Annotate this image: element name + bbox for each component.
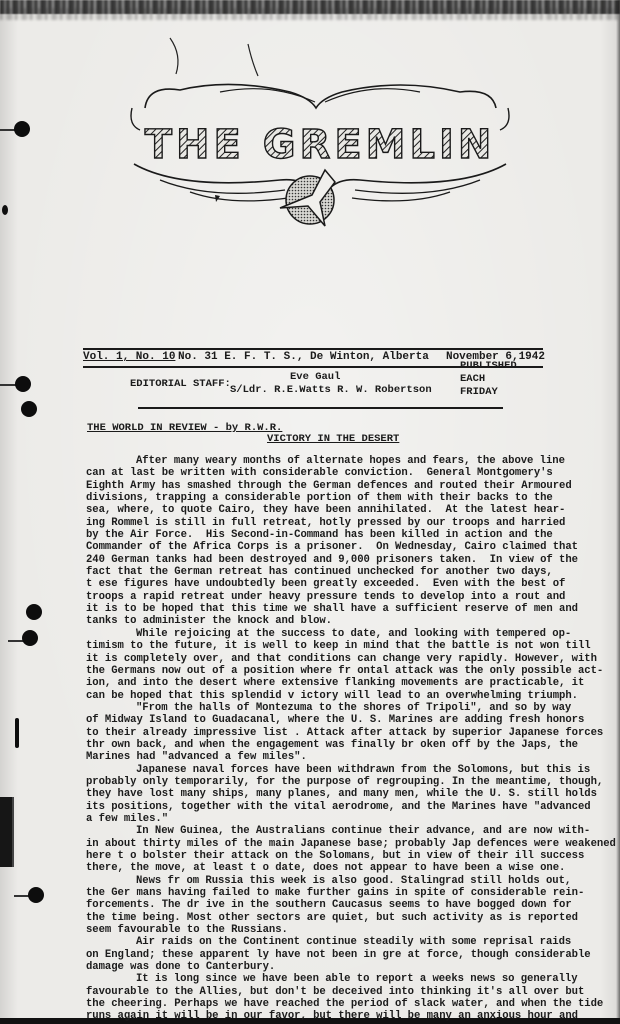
published-line: PUBLISHED: [460, 360, 517, 373]
text-line: they have lost many ships, many planes, …: [86, 788, 586, 800]
published-line: FRIDAY: [460, 386, 517, 399]
punch-hole-icon: [26, 604, 42, 620]
punch-hole-icon: [22, 630, 38, 646]
binding-mark-icon: [15, 718, 19, 748]
publication-schedule: PUBLISHED EACH FRIDAY: [460, 360, 517, 399]
text-line: divisions, trapping a considerable porti…: [86, 492, 586, 504]
text-line: ing Rommel is still in full retreat, hot…: [86, 517, 586, 529]
text-line: it is completely over, and that conditio…: [86, 653, 586, 665]
text-line: the Ger mans having failed to make furth…: [86, 887, 586, 899]
text-line: t ese figures have undoubtedly been grea…: [86, 578, 586, 590]
text-line: sea, where, to quote Cairo, they have be…: [86, 504, 586, 516]
text-line: damage was done to Canterbury.: [86, 961, 586, 973]
text-line: 240 German tanks had been destroyed and …: [86, 554, 586, 566]
scan-edge-right: [616, 0, 620, 1024]
text-line: can at last be written with considerable…: [86, 467, 586, 479]
editorial-staff-label: EDITORIAL STAFF:: [130, 378, 231, 391]
text-line: the cheering. Perhaps we have reached th…: [86, 998, 586, 1010]
text-line: probably only temporarily, for the purpo…: [86, 776, 586, 788]
text-line: its positions, together with the vital a…: [86, 801, 586, 813]
masthead: THE GREMLIN: [120, 30, 520, 240]
text-line: tanks to administer the knock and blow.: [86, 615, 586, 627]
punch-hole-icon: [14, 121, 30, 137]
school-location: No. 31 E. F. T. S., De Winton, Alberta: [178, 350, 429, 364]
text-line: the time being. Most other sectors are q…: [86, 912, 586, 924]
text-line: seem favourable to the Russians.: [86, 924, 586, 936]
paragraph-first-line: While rejoicing at the success to date, …: [86, 628, 586, 640]
text-line: by the Air Force. His Second-in-Command …: [86, 529, 586, 541]
text-line: favourable to the Allies, but don't be d…: [86, 986, 586, 998]
punch-hole-icon: [28, 887, 44, 903]
binding-mark-icon: [2, 205, 8, 215]
text-line: it is to be hoped that this time we shal…: [86, 603, 586, 615]
paragraph-first-line: Japanese naval forces have been withdraw…: [86, 764, 586, 776]
article-title: VICTORY IN THE DESERT: [267, 433, 399, 445]
published-line: EACH: [460, 373, 517, 386]
paragraph-first-line: "From the halls of Montezuma to the shor…: [86, 702, 586, 714]
text-line: thr own back, and when the engagement wa…: [86, 739, 586, 751]
paragraph-first-line: News fr om Russia this week is also good…: [86, 875, 586, 887]
text-line: to their already impressive list . Attac…: [86, 727, 586, 739]
newsletter-page: THE GREMLIN Vol. 1, No. 10 No. 31 E. F. …: [0, 0, 620, 1024]
text-line: fact that the German retreat has continu…: [86, 566, 586, 578]
text-line: runs again it will be in our favor, but …: [86, 1010, 586, 1022]
editor-name: Eve Gaul: [290, 371, 340, 384]
text-line: here t o bolster their attack on the Sol…: [86, 850, 586, 862]
scan-edge-top: [0, 0, 620, 14]
text-line: Commander of the Africa Corps is a priso…: [86, 541, 586, 553]
text-line: in about thirty miles of the main Japane…: [86, 838, 586, 850]
binder-clip: [0, 797, 14, 867]
text-line: ion, and into the desert where extensive…: [86, 677, 586, 689]
text-line: the Germans now out of a position where …: [86, 665, 586, 677]
text-line: Eighth Army has smashed through the Germ…: [86, 480, 586, 492]
paragraph-first-line: It is long since we have been able to re…: [86, 973, 586, 985]
paragraph-first-line: After many weary months of alternate hop…: [86, 455, 586, 467]
text-line: a few miles.": [86, 813, 586, 825]
text-line: timism to the future, it is well to keep…: [86, 640, 586, 652]
text-line: forcements. The dr ive in the southern C…: [86, 899, 586, 911]
text-line: of Midway Island to Guadacanal, where th…: [86, 714, 586, 726]
punch-hole-icon: [15, 376, 31, 392]
text-line: on England; these apparent ly have not b…: [86, 949, 586, 961]
text-line: there, the move, at least t o date, does…: [86, 862, 586, 874]
paragraph-first-line: Air raids on the Continent continue stea…: [86, 936, 586, 948]
header-divider: [138, 407, 503, 409]
editor-names: S/Ldr. R.E.Watts R. W. Robertson: [230, 384, 432, 397]
article-body: After many weary months of alternate hop…: [86, 455, 586, 1023]
masthead-logo: THE GREMLIN: [120, 30, 520, 240]
paragraph-first-line: In New Guinea, the Australians continue …: [86, 825, 586, 837]
text-line: Marines had "advanced a few miles".: [86, 751, 586, 763]
volume-number: Vol. 1, No. 10: [83, 350, 175, 364]
text-line: troops a rapid retreat under heavy press…: [86, 591, 586, 603]
punch-hole-icon: [21, 401, 37, 417]
masthead-title: THE GREMLIN: [145, 122, 496, 168]
punch-hole-tail: [0, 384, 16, 386]
section-heading: THE WORLD IN REVIEW - by R.W.R.: [87, 422, 282, 434]
text-line: can be hoped that this splendid v ictory…: [86, 690, 586, 702]
